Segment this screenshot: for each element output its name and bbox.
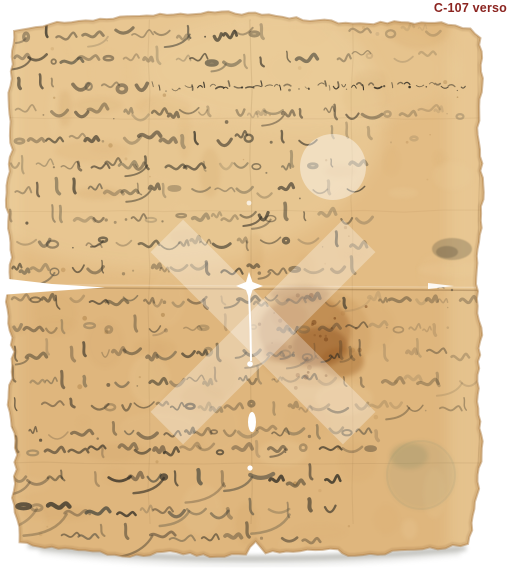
catalog-label: C-107 verso [434, 1, 507, 15]
watermark-circle [300, 134, 366, 200]
manuscript-scan-page: C-107 verso [0, 0, 512, 569]
manuscript-scan-image [0, 0, 512, 569]
